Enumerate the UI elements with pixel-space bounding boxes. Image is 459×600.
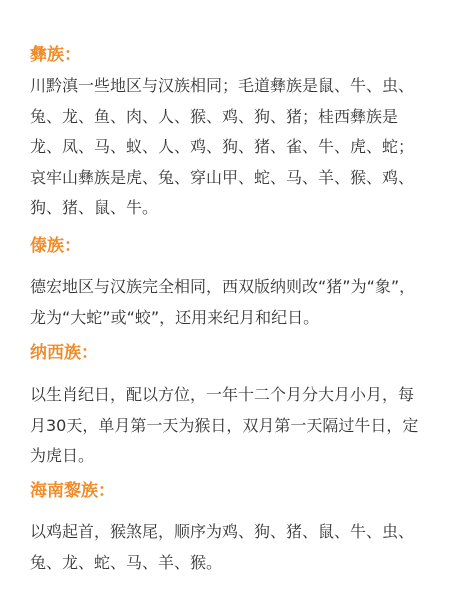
- text-line: 川黔滇一些地区与汉族相同；毛道彝族是鼠、牛、虫、: [30, 71, 414, 102]
- section-hainan-li: 海南黎族：: [30, 480, 440, 502]
- section-heading: 彝族：: [30, 44, 440, 66]
- section-paragraph: 以鸡起首，猴煞尾，顺序为鸡、狗、猪、鼠、牛、虫、 兔、龙、蛇、马、羊、猴。: [30, 517, 414, 578]
- section-heading: 纳西族：: [30, 342, 440, 364]
- section-heading: 海南黎族：: [30, 480, 440, 502]
- text-line: 狗、猪、鼠、牛。: [30, 193, 414, 224]
- text-line: 兔、龙、蛇、马、羊、猴。: [30, 548, 414, 579]
- text-line: 德宏地区与汉族完全相同，西双版纳则改“猪”为“象”，: [30, 272, 415, 303]
- section-dai: 傣族：: [30, 235, 440, 257]
- text-line: 哀牢山彝族是虎、兔、穿山甲、蛇、马、羊、猴、鸡、: [30, 163, 414, 194]
- section-naxi: 纳西族：: [30, 342, 440, 364]
- text-line: 以鸡起首，猴煞尾，顺序为鸡、狗、猪、鼠、牛、虫、: [30, 517, 414, 548]
- section-yi: 彝族：: [30, 44, 440, 66]
- section-paragraph: 川黔滇一些地区与汉族相同；毛道彝族是鼠、牛、虫、 兔、龙、鱼、肉、人、猴、鸡、狗…: [30, 71, 414, 224]
- text-line: 兔、龙、鱼、肉、人、猴、鸡、狗、猪；桂西彝族是: [30, 102, 414, 133]
- section-heading: 傣族：: [30, 235, 440, 257]
- text-line: 以生肖纪日，配以方位，一年十二个月分大月小月，每: [30, 380, 418, 411]
- section-paragraph: 以生肖纪日，配以方位，一年十二个月分大月小月，每 月30天，单月第一天为猴日，双…: [30, 380, 418, 472]
- text-line: 月30天，单月第一天为猴日，双月第一天隔过牛日，定: [30, 411, 418, 442]
- text-line: 龙、凤、马、蚁、人、鸡、狗、猪、雀、牛、虎、蛇；: [30, 132, 414, 163]
- section-paragraph: 德宏地区与汉族完全相同，西双版纳则改“猪”为“象”， 龙为“大蛇”或“蛟”，还用…: [30, 272, 415, 333]
- text-line: 龙为“大蛇”或“蛟”，还用来纪月和纪日。: [30, 303, 415, 334]
- text-line: 为虎日。: [30, 441, 418, 472]
